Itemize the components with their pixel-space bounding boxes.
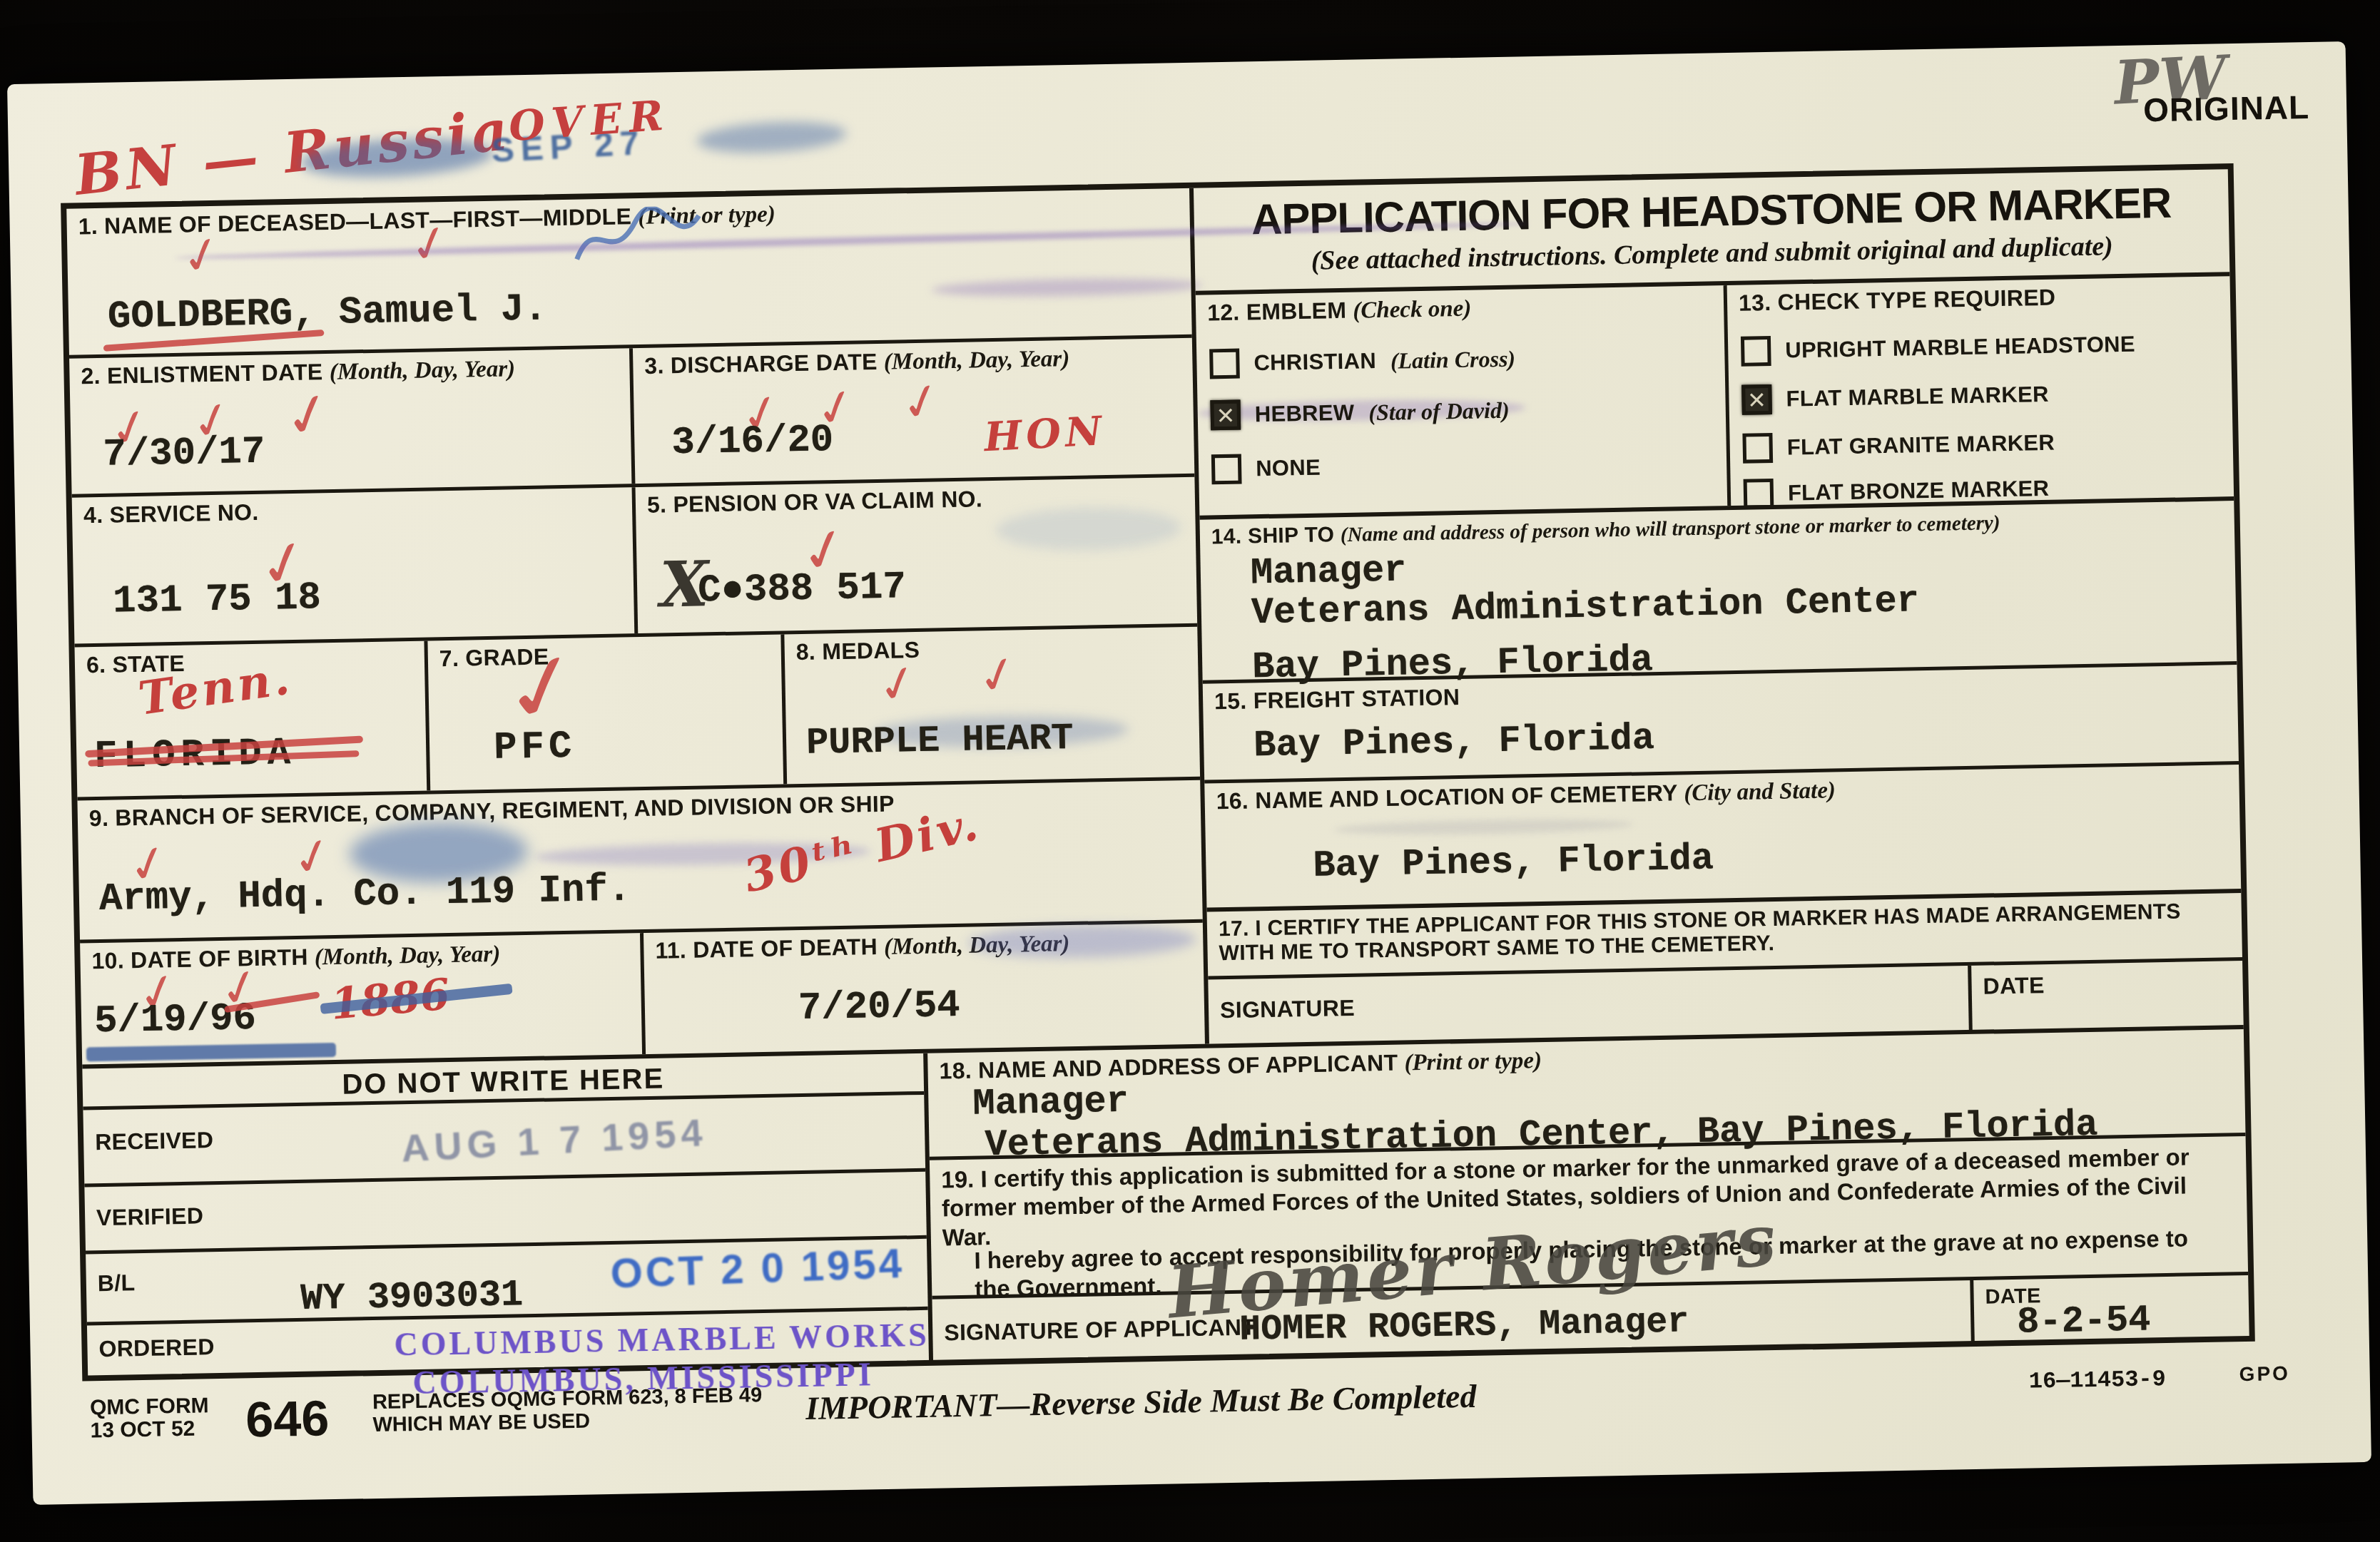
applicant-date-value: 8-2-54 — [2017, 1301, 2151, 1342]
blue-scribble — [566, 205, 710, 272]
verified-label: VERIFIED — [96, 1203, 204, 1230]
red-checkmark: ✓ — [873, 656, 925, 713]
field-10-label: 10. DATE OF BIRTH — [91, 944, 308, 974]
none-checkbox — [1211, 454, 1242, 485]
left-column: 1. NAME OF DECEASED—LAST—FIRST—MIDDLE (P… — [66, 188, 1209, 1065]
field-14-ship-to: 14. SHIP TO (Name and address of person … — [1199, 501, 2237, 684]
field-17-date-cell: DATE — [1968, 961, 2244, 1030]
bl-number: WY 3903031 — [300, 1276, 524, 1319]
checkbox-hebrew: HEBREW (Star of David) — [1210, 395, 1510, 431]
field-14-label-italic: (Name and address of person who will tra… — [1341, 511, 2000, 546]
field-1-value: GOLDBERG, Samuel J. — [108, 290, 548, 339]
copy-label: ORIGINAL — [2143, 88, 2310, 129]
field-12-label: 12. EMBLEM — [1207, 297, 1347, 326]
field-8-medals: 8. MEDALS ✓ ✓ PURPLE HEART — [784, 627, 1200, 785]
checkbox-christian: CHRISTIAN (Latin Cross) — [1209, 344, 1515, 379]
print-code: 16—11453-9 — [2028, 1366, 2166, 1395]
photo-background: BN — Russia SEP 27 OVER PW ORIGINAL 1. N… — [0, 0, 2380, 1542]
field-11-date-of-death: 11. DATE OF DEATH (Month, Day, Year) 7/2… — [644, 923, 1205, 1054]
field-14-line2: Veterans Administration Center — [1251, 582, 1919, 633]
field-8-value: PURPLE HEART — [806, 720, 1074, 763]
handwritten-hon: HON — [983, 407, 1107, 461]
field-10-date-of-birth: 10. DATE OF BIRTH (Month, Day, Year) ✓ ✓… — [80, 933, 646, 1064]
field-3-value: 3/16/20 — [671, 421, 834, 464]
option-label: UPRIGHT MARBLE HEADSTONE — [1785, 332, 2135, 364]
ghost-mark — [1333, 817, 1633, 837]
upright-marble-checkbox — [1741, 336, 1771, 367]
field-14-label: 14. SHIP TO — [1211, 523, 1335, 548]
field-4-value: 131 75 18 — [113, 579, 322, 623]
form-paper: BN — Russia SEP 27 OVER PW ORIGINAL 1. N… — [7, 41, 2371, 1505]
checkbox-upright-marble: UPRIGHT MARBLE HEADSTONE — [1741, 330, 2135, 367]
hebrew-checkbox — [1210, 400, 1241, 431]
field-2-value: 7/30/17 — [103, 433, 265, 476]
field-3-label: 3. DISCHARGE DATE — [644, 349, 878, 379]
blue-ghost-stamp — [967, 923, 1196, 960]
christian-checkbox — [1209, 349, 1240, 379]
flat-granite-checkbox — [1742, 433, 1773, 464]
ordered-label: ORDERED — [98, 1334, 215, 1362]
field-11-label: 11. DATE OF DEATH — [655, 934, 878, 964]
field-5-value: C●388 517 — [698, 568, 907, 613]
date-label: DATE — [1983, 972, 2045, 999]
checkbox-flat-marble: FLAT MARBLE MARKER — [1741, 379, 2049, 415]
field-12-label-italic: (Check one) — [1353, 296, 1472, 324]
received-label: RECEIVED — [95, 1127, 214, 1155]
option-label: FLAT GRANITE MARKER — [1786, 430, 2055, 461]
field-16-label-italic: (City and State) — [1684, 777, 1836, 806]
flat-marble-checkbox — [1741, 384, 1772, 415]
flat-bronze-checkbox — [1744, 479, 1774, 509]
bl-date-stamp: OCT 2 0 1954 — [610, 1240, 905, 1298]
field-15-value: Bay Pines, Florida — [1253, 720, 1655, 766]
field-1-name-of-deceased: 1. NAME OF DECEASED—LAST—FIRST—MIDDLE (P… — [66, 188, 1192, 359]
field-18-label-italic: (Print or type) — [1404, 1048, 1542, 1076]
field-11-value: 7/20/54 — [798, 986, 960, 1030]
red-checkmark: ✓ — [972, 648, 1024, 705]
blue-underline — [86, 1043, 336, 1061]
handwritten-over-note: OVER — [507, 91, 672, 150]
gpo-mark: GPO — [2239, 1362, 2290, 1386]
field-3-label-italic: (Month, Day, Year) — [884, 346, 1070, 375]
do-not-write-block: DO NOT WRITE HERE RECEIVED AUG 1 7 1954 … — [82, 1053, 933, 1377]
option-label-italic: (Latin Cross) — [1390, 345, 1516, 374]
red-checkmark: ✓ — [278, 382, 339, 449]
field-3-discharge-date: 3. DISCHARGE DATE (Month, Day, Year) ✓ ✓… — [633, 338, 1194, 484]
field-16-cemetery: 16. NAME AND LOCATION OF CEMETERY (City … — [1204, 765, 2241, 912]
option-label: NONE — [1256, 455, 1321, 482]
received-date-stamp: AUG 1 7 1954 — [400, 1110, 708, 1171]
field-18-applicant: 18. NAME AND ADDRESS OF APPLICANT (Print… — [927, 1029, 2245, 1160]
form-id: QMC FORM 13 OCT 52 — [90, 1394, 210, 1441]
field-16-value: Bay Pines, Florida — [1313, 840, 1714, 887]
title-block: APPLICATION FOR HEADSTONE OR MARKER (See… — [1194, 169, 2230, 295]
form-id-line2: 13 OCT 52 — [90, 1417, 209, 1442]
field-13-check-type: 13. CHECK TYPE REQUIRED UPRIGHT MARBLE H… — [1727, 276, 2234, 506]
received-row: RECEIVED AUG 1 7 1954 — [83, 1095, 925, 1188]
signature-label: SIGNATURE — [1220, 995, 1355, 1023]
field-13-label: 13. CHECK TYPE REQUIRED — [1739, 285, 2056, 316]
field-16-label: 16. NAME AND LOCATION OF CEMETERY — [1216, 780, 1677, 814]
option-label: CHRISTIAN — [1253, 348, 1376, 376]
field-14-line3: Bay Pines, Florida — [1252, 641, 1654, 688]
field-2-label: 2. ENLISTMENT DATE — [81, 359, 323, 389]
applicant-signature-typed: HOMER ROGERS, Manager — [1239, 1304, 1689, 1349]
applicant-block: 18. NAME AND ADDRESS OF APPLICANT (Print… — [927, 1029, 2249, 1362]
field-10-label-italic: (Month, Day, Year) — [315, 941, 501, 971]
field-4-service-no: 4. SERVICE NO. ✓ 131 75 18 — [72, 487, 639, 643]
field-9-value: Army, Hdq. Co. 119 Inf. — [98, 871, 631, 921]
field-17-label: 17. I CERTIFY THE APPLICANT FOR THIS STO… — [1219, 900, 2181, 965]
field-7-value: PFC — [494, 727, 576, 770]
field-9-branch-of-service: 9. BRANCH OF SERVICE, COMPANY, REGIMENT,… — [77, 780, 1202, 944]
field-18-label: 18. NAME AND ADDRESS OF APPLICANT — [939, 1050, 1398, 1084]
field-2-label-italic: (Month, Day, Year) — [329, 356, 515, 385]
applicant-date-cell: DATE 8-2-54 — [1970, 1275, 2249, 1342]
checkbox-flat-granite: FLAT GRANITE MARKER — [1742, 428, 2055, 464]
field-1-label: 1. NAME OF DECEASED—LAST—FIRST—MIDDLE — [78, 203, 631, 239]
option-label-italic: (Star of David) — [1368, 397, 1510, 426]
checkbox-none: NONE — [1211, 453, 1321, 485]
bl-label: B/L — [98, 1270, 136, 1296]
field-14-line1: Manager — [1250, 551, 1406, 593]
field-15-label: 15. FREIGHT STATION — [1214, 684, 1460, 714]
red-checkmark: ✓ — [896, 374, 948, 432]
field-12-emblem: 12. EMBLEM (Check one) CHRISTIAN (Latin … — [1196, 285, 1731, 516]
form-table: 1. NAME OF DECEASED—LAST—FIRST—MIDDLE (P… — [61, 163, 2255, 1382]
field-2-enlistment-date: 2. ENLISTMENT DATE (Month, Day, Year) ✓ … — [69, 348, 635, 494]
field-4-label: 4. SERVICE NO. — [83, 499, 259, 528]
form-id-line1: QMC FORM — [90, 1394, 209, 1419]
option-label: HEBREW — [1254, 400, 1354, 428]
checkbox-flat-bronze: FLAT BRONZE MARKER — [1744, 474, 2050, 509]
option-label: FLAT MARBLE MARKER — [1786, 382, 2049, 412]
field-6-state: 6. STATE Tenn. FLORIDA — [75, 641, 431, 797]
field-5-pension-claim-no: 5. PENSION OR VA CLAIM NO. ✓ X C●388 517 — [636, 477, 1198, 633]
form-number: 646 — [245, 1389, 330, 1448]
option-label: FLAT BRONZE MARKER — [1788, 476, 2050, 506]
stamp-smudge-tail — [696, 118, 847, 156]
field-7-grade: 7. GRADE ✓ PFC — [427, 634, 787, 790]
important-note: IMPORTANT—Reverse Side Must Be Completed — [805, 1377, 1477, 1427]
field-18-line1: Manager — [972, 1083, 1129, 1125]
right-column: APPLICATION FOR HEADSTONE OR MARKER (See… — [1194, 169, 2244, 1043]
field-5-label: 5. PENSION OR VA CLAIM NO. — [647, 486, 983, 518]
blue-ghost — [995, 506, 1181, 552]
